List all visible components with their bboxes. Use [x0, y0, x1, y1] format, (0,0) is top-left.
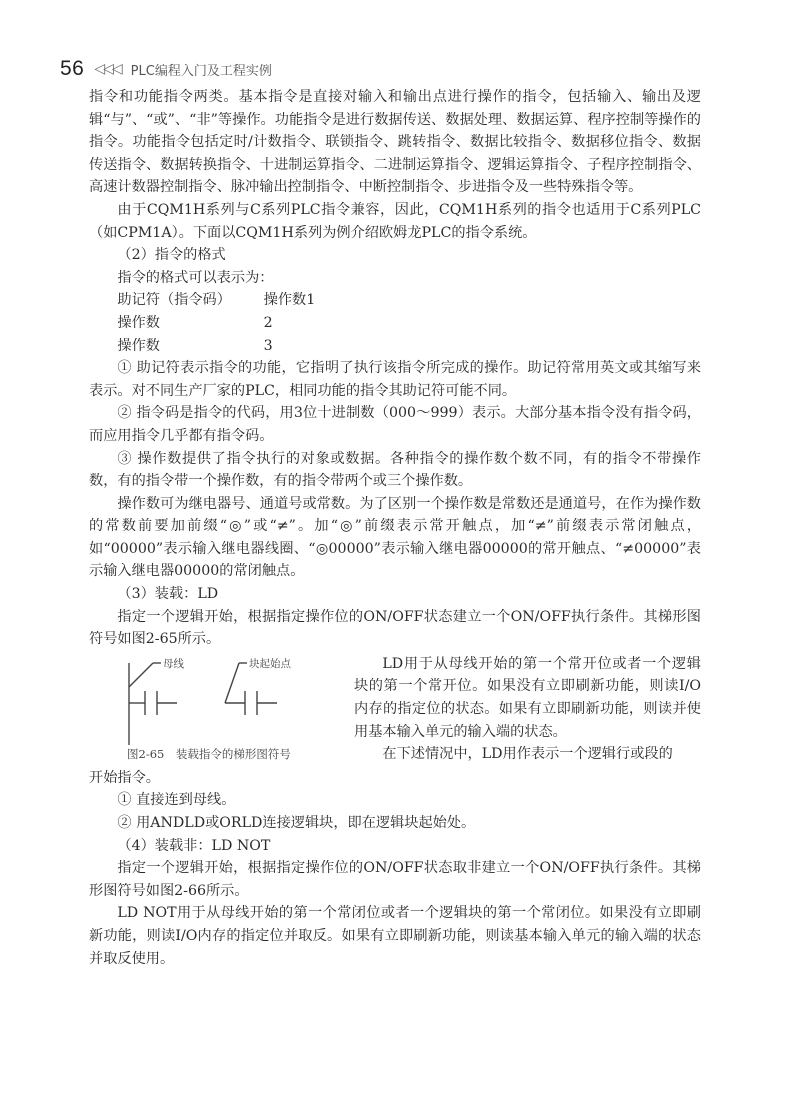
format-col1: 操作数	[117, 312, 263, 335]
paragraph-ld-not-usage: LD NOT用于从母线开始的第一个常闭位或者一个逻辑块的第一个常闭位。如果没有立…	[89, 902, 701, 970]
paragraph-instruction-types: 指令和功能指令两类。基本指令是直接对输入和输出点进行操作的指令，包括输入、输出及…	[89, 86, 701, 199]
page-number: 56	[60, 57, 84, 81]
triple-left-arrow-icon: ◁◁◁	[94, 61, 120, 77]
format-col1: 助记符（指令码）	[117, 289, 263, 312]
paragraph-ld-not-desc: 指定一个逻辑开始，根据指定操作位的ON/OFF状态取非建立一个ON/OFF执行条…	[89, 857, 701, 902]
paragraph-opcode: ② 指令码是指令的代码，用3位十进制数（000～999）表示。大部分基本指令没有…	[89, 402, 701, 447]
format-row: 助记符（指令码） 操作数1	[89, 289, 701, 312]
figure-side-text: LD用于从母线开始的第一个常开位或者一个逻辑块的第一个常开位。如果没有立即刷新功…	[354, 653, 701, 767]
list-item-andld-orld: ② 用ANDLD或ORLD连接逻辑块，即在逻辑块起始处。	[89, 812, 701, 835]
paragraph-ld-cases-end: 开始指令。	[89, 767, 701, 790]
format-col2: 操作数1	[264, 289, 316, 312]
busbar-label: 母线	[163, 657, 184, 670]
paragraph-operand-prefix: 操作数可为继电器号、通道号或常数。为了区别一个操作数是常数还是通道号，在作为操作…	[89, 493, 701, 583]
figure-block: 母线 块起始点 图2-65 装载指令的梯形图符号 LD用于从母线开始的第一个常开…	[89, 653, 701, 767]
paragraph-ld-usage: LD用于从母线开始的第一个常开位或者一个逻辑块的第一个常开位。如果没有立即刷新功…	[354, 653, 701, 743]
paragraph-ld-desc: 指定一个逻辑开始，根据指定操作位的ON/OFF状态建立一个ON/OFF执行条件。…	[89, 606, 701, 651]
paragraph-operand: ③ 操作数提供了指令执行的对象或数据。各种指令的操作数个数不同，有的指令不带操作…	[89, 448, 701, 493]
section-heading-format: （2）指令的格式	[89, 244, 701, 267]
list-item-direct-busbar: ① 直接连到母线。	[89, 789, 701, 812]
block-start-label: 块起始点	[249, 657, 291, 670]
paragraph-ld-cases-start: 在下述情况中，LD用作表示一个逻辑行或段的	[354, 743, 701, 766]
paragraph-cqm1h-compat: 由于CQM1H系列与C系列PLC指令兼容，因此，CQM1H系列的指令也适用于C系…	[89, 199, 701, 244]
page-header: 56 ◁◁◁ PLC编程入门及工程实例	[60, 56, 272, 82]
format-row: 操作数 2	[89, 312, 701, 335]
section-heading-ld: （3）装载：LD	[89, 583, 701, 606]
section-heading-ld-not: （4）装载非：LD NOT	[89, 835, 701, 858]
page-body: 指令和功能指令两类。基本指令是直接对输入和输出点进行操作的指令，包括输入、输出及…	[89, 86, 701, 970]
format-row: 操作数 3	[89, 335, 701, 358]
figure-2-65: 母线 块起始点 图2-65 装载指令的梯形图符号	[89, 653, 354, 767]
paragraph-mnemonic: ① 助记符表示指令的功能，它指明了执行该指令所完成的操作。助记符常用英文或其缩写…	[89, 357, 701, 402]
figure-caption: 图2-65 装载指令的梯形图符号	[127, 743, 291, 766]
book-title: PLC编程入门及工程实例	[131, 60, 272, 79]
paragraph-format-intro: 指令的格式可以表示为：	[89, 267, 701, 290]
format-col1: 操作数	[117, 335, 263, 358]
ladder-symbol-diagram: 母线 块起始点	[117, 657, 347, 747]
format-col2: 3	[264, 335, 273, 358]
format-col2: 2	[264, 312, 273, 335]
